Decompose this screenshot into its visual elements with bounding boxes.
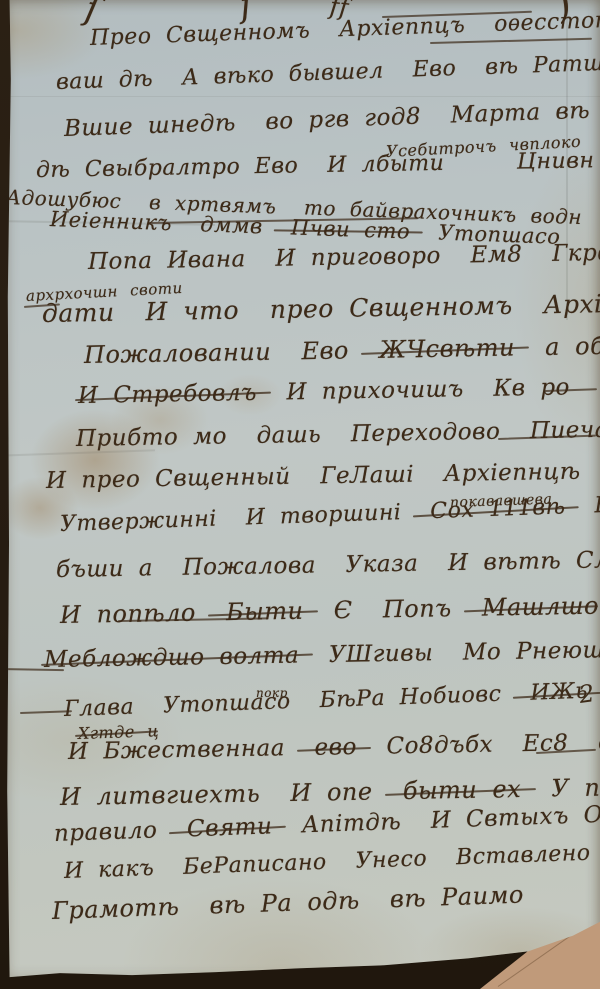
handwriting-layer: ſſff)Прео Свщенномъ Архіеппцъ оѳесстопъв…: [0, 0, 600, 989]
manuscript-word: Пожаловании: [84, 337, 287, 369]
page-number: 2: [577, 679, 596, 709]
manuscript-word: Ево: [398, 56, 471, 84]
manuscript-line: Утвержинні И творшині Сох 111вѣ Ево Ехо: [60, 490, 600, 537]
manuscript-word: прео Свщенномъ: [254, 291, 528, 325]
manuscript-word: а об Прбти: [530, 330, 600, 361]
manuscript-word: И Стребовлъ: [78, 380, 272, 409]
manuscript-word: И Бжественнаа: [68, 735, 300, 765]
manuscript-word: И Свтыхъ Одѣ: [415, 801, 600, 835]
manuscript-word: Велмо: [595, 457, 600, 485]
manuscript-word: БеРаписано: [168, 849, 341, 880]
manuscript-word: ЖЧсвѣти: [364, 333, 531, 364]
manuscript-word: Гкрвномнони: [537, 238, 600, 267]
manuscript-word: Ем8: [455, 241, 537, 268]
manuscript-word: Быти: [211, 596, 319, 626]
manuscript-word: дѣ Свыбралтро Ево: [36, 153, 313, 183]
manuscript-word: У по: [536, 773, 600, 802]
manuscript-word: Ево: [286, 336, 364, 365]
manuscript-word: И вѣтѣ Словко: [433, 546, 600, 576]
manuscript-word: дати И что: [42, 295, 255, 328]
manuscript-word: Святи: [172, 813, 288, 843]
manuscript-word: вѣ Ратша нел: [470, 48, 600, 80]
manuscript-word: бъши а: [56, 555, 168, 583]
manuscript-word: Архіеппцъ: [528, 288, 600, 320]
manuscript-word: быти ех: [387, 775, 536, 806]
manuscript-line: Прибто мо дашь Переходово Пиечать: [76, 416, 600, 452]
manuscript-word: во ргв год8: [250, 103, 436, 135]
manuscript-word: Прео Свщенномъ: [90, 18, 326, 51]
manuscript-word: ГеЛаші: [305, 461, 429, 489]
pen-stroke: [2, 668, 64, 671]
manuscript-word: Меблождшо волта: [44, 642, 314, 673]
manuscript-word: Указа: [331, 550, 434, 578]
manuscript-line: Пожаловании Ево ЖЧсвѣти а об Прбти: [84, 330, 600, 369]
manuscript-line: дѣ Свыбралтро Ево И лбыти Цнивн во: [36, 148, 600, 183]
manuscript-photo: ſſff)Прео Свщенномъ Архіеппцъ оѳесстопъв…: [0, 0, 600, 989]
manuscript-word: Цнивн во: [502, 148, 600, 175]
manuscript-word: Вшие шнедѣ: [64, 109, 251, 141]
manuscript-word: И опе: [275, 777, 388, 807]
manuscript-word: И попѣло: [60, 598, 211, 629]
manuscript-word: Глава Утопшасо: [64, 689, 306, 722]
manuscript-word: И какъ: [64, 855, 170, 884]
pen-stroke: [430, 38, 592, 44]
manuscript-line: И попѣло Быти Є Попъ Машлшо: [60, 592, 599, 629]
manuscript-word: Архіепнцѣ: [429, 458, 596, 487]
manuscript-line: Глава Утопшасо БѣРа Нобиовс ИЖь Сте: [64, 676, 600, 722]
manuscript-word: И прихочишъ: [271, 376, 478, 406]
manuscript-word: ево: [300, 734, 372, 761]
manuscript-word: вѣ Раимо: [374, 881, 524, 914]
manuscript-word: УШгивы: [314, 640, 448, 668]
manuscript-line: Попа Ивана И приговоро Ем8 Гкрвномнони: [88, 238, 600, 275]
manuscript-word: И литвгиехть: [60, 779, 276, 811]
manuscript-word: БѣРа Нобиовс: [305, 681, 517, 713]
manuscript-word: Грамотѣ: [52, 892, 195, 925]
manuscript-word: И приговоро: [260, 243, 456, 272]
manuscript-word: Переходово: [336, 418, 516, 447]
manuscript-word: И творшині: [231, 500, 416, 531]
manuscript-line: Меблождшо волта УШгивы Мо Рнеюша: [44, 637, 600, 673]
manuscript-word: Кв ро: [478, 374, 585, 402]
manuscript-line: Грамотѣ вѣ Ра одѣ вѣ Раимо: [52, 881, 525, 925]
manuscript-word: Сох 111вѣ: [415, 494, 580, 525]
manuscript-word: Мо Рнеюша: [448, 637, 600, 666]
manuscript-word: Пожалова: [168, 552, 331, 581]
manuscript-word: Машлшо: [467, 592, 600, 622]
manuscript-word: И лбыти: [313, 150, 503, 178]
manuscript-word: Утвержинні: [60, 506, 232, 537]
manuscript-line: И какъ БеРаписано Унесо Вставлено Ево: [64, 838, 600, 884]
manuscript-word: Прибто мо дашь: [76, 421, 336, 452]
manuscript-paper: ſſff)Прео Свщенномъ Архіеппцъ оѳесстопъв…: [0, 0, 600, 989]
manuscript-word: Ево Ехо: [579, 490, 600, 519]
manuscript-word: ваш дѣ: [56, 66, 168, 95]
manuscript-word: Со8дъбх: [371, 731, 508, 759]
manuscript-word: Марта вѣ в8: [435, 96, 600, 129]
manuscript-word: правило: [54, 817, 173, 847]
manuscript-word: Унесо: [341, 846, 442, 874]
manuscript-word: вѣ Ра одѣ: [194, 886, 375, 920]
manuscript-word: и Гарвчтосо: [584, 371, 600, 400]
manuscript-word: Є Попъ: [318, 594, 467, 625]
manuscript-line: И прео Свщенный ГеЛаші Архіепнцѣ Велмо: [46, 457, 600, 494]
manuscript-line: ваш дѣ А вѣко бывшел Ево вѣ Ратша нел: [56, 48, 600, 95]
manuscript-word: Попа Ивана: [88, 246, 261, 275]
manuscript-word: А вѣко бывшел: [167, 58, 398, 91]
manuscript-word: Пиечать: [515, 416, 600, 444]
manuscript-word: Вставлено Ево: [441, 838, 600, 871]
manuscript-word: И прео Свщенный: [46, 463, 306, 494]
manuscript-line: И Стребовлъ И прихочишъ Кв ро и Гарвчтос…: [78, 371, 600, 409]
manuscript-word: Апітдѣ: [287, 808, 417, 838]
manuscript-line: бъши а Пожалова Указа И вѣтѣ Словко: [56, 546, 600, 583]
